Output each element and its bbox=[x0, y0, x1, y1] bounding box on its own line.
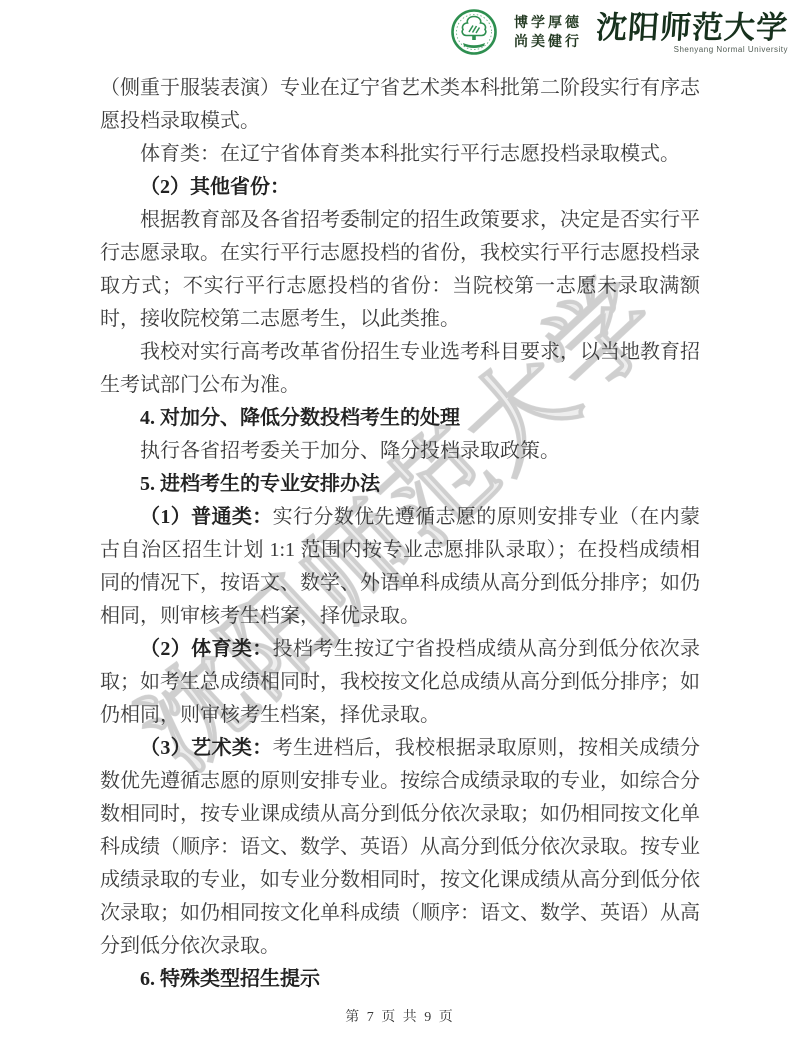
university-name-en: Shenyang Normal University bbox=[674, 45, 788, 54]
paragraph: （2）体育类：投档考生按辽宁省投档成绩从高分到低分依次录取；如考生总成绩相同时，… bbox=[100, 633, 700, 732]
paragraph: （侧重于服装表演）专业在辽宁省艺术类本科批第二阶段实行有序志愿投档录取模式。 bbox=[100, 72, 700, 138]
paragraph: （2）其他省份： bbox=[100, 171, 700, 204]
paragraph: （1）普通类：实行分数优先遵循志愿的原则安排专业（在内蒙古自治区招生计划 1:1… bbox=[100, 501, 700, 633]
paragraph: 6. 特殊类型招生提示 bbox=[100, 963, 700, 996]
document-page: 博学厚德 尚美健行 沈阳师范大学 Shenyang Normal Univers… bbox=[0, 0, 800, 1050]
university-logo-icon bbox=[448, 8, 500, 58]
university-motto: 博学厚德 尚美健行 bbox=[514, 16, 582, 50]
page-header: 博学厚德 尚美健行 沈阳师范大学 Shenyang Normal Univers… bbox=[0, 4, 800, 62]
paragraph-bold-lead: 5. 进档考生的专业安排办法 bbox=[140, 473, 380, 495]
paragraph: 5. 进档考生的专业安排办法 bbox=[100, 468, 700, 501]
paragraph: 我校对实行高考改革省份招生专业选考科目要求，以当地教育招生考试部门公布为准。 bbox=[100, 336, 700, 402]
document-body: （侧重于服装表演）专业在辽宁省艺术类本科批第二阶段实行有序志愿投档录取模式。体育… bbox=[100, 72, 700, 996]
paragraph: 4. 对加分、降低分数投档考生的处理 bbox=[100, 402, 700, 435]
university-name: 沈阳师范大学 Shenyang Normal University bbox=[596, 12, 788, 55]
paragraph-bold-lead: 4. 对加分、降低分数投档考生的处理 bbox=[140, 407, 460, 429]
paragraph-bold-lead: （2）其他省份： bbox=[140, 176, 290, 198]
page-number: 第 7 页 共 9 页 bbox=[345, 1010, 455, 1025]
paragraph-bold-lead: （2）体育类： bbox=[140, 638, 273, 660]
page-footer: 第 7 页 共 9 页 bbox=[0, 1006, 800, 1026]
paragraph: 执行各省招考委关于加分、降分投档录取政策。 bbox=[100, 435, 700, 468]
paragraph: 体育类：在辽宁省体育类本科批实行平行志愿投档录取模式。 bbox=[100, 138, 700, 171]
paragraph-bold-lead: 6. 特殊类型招生提示 bbox=[140, 968, 320, 990]
paragraph-bold-lead: （1）普通类： bbox=[140, 506, 273, 528]
motto-line-2: 尚美健行 bbox=[514, 35, 582, 50]
paragraph: （3）艺术类：考生进档后，我校根据录取原则，按相关成绩分数优先遵循志愿的原则安排… bbox=[100, 732, 700, 963]
motto-line-1: 博学厚德 bbox=[514, 16, 582, 31]
paragraph-bold-lead: （3）艺术类： bbox=[140, 737, 273, 759]
paragraph: 根据教育部及各省招考委制定的招生政策要求，决定是否实行平行志愿录取。在实行平行志… bbox=[100, 204, 700, 336]
university-name-cn: 沈阳师范大学 bbox=[595, 12, 789, 45]
